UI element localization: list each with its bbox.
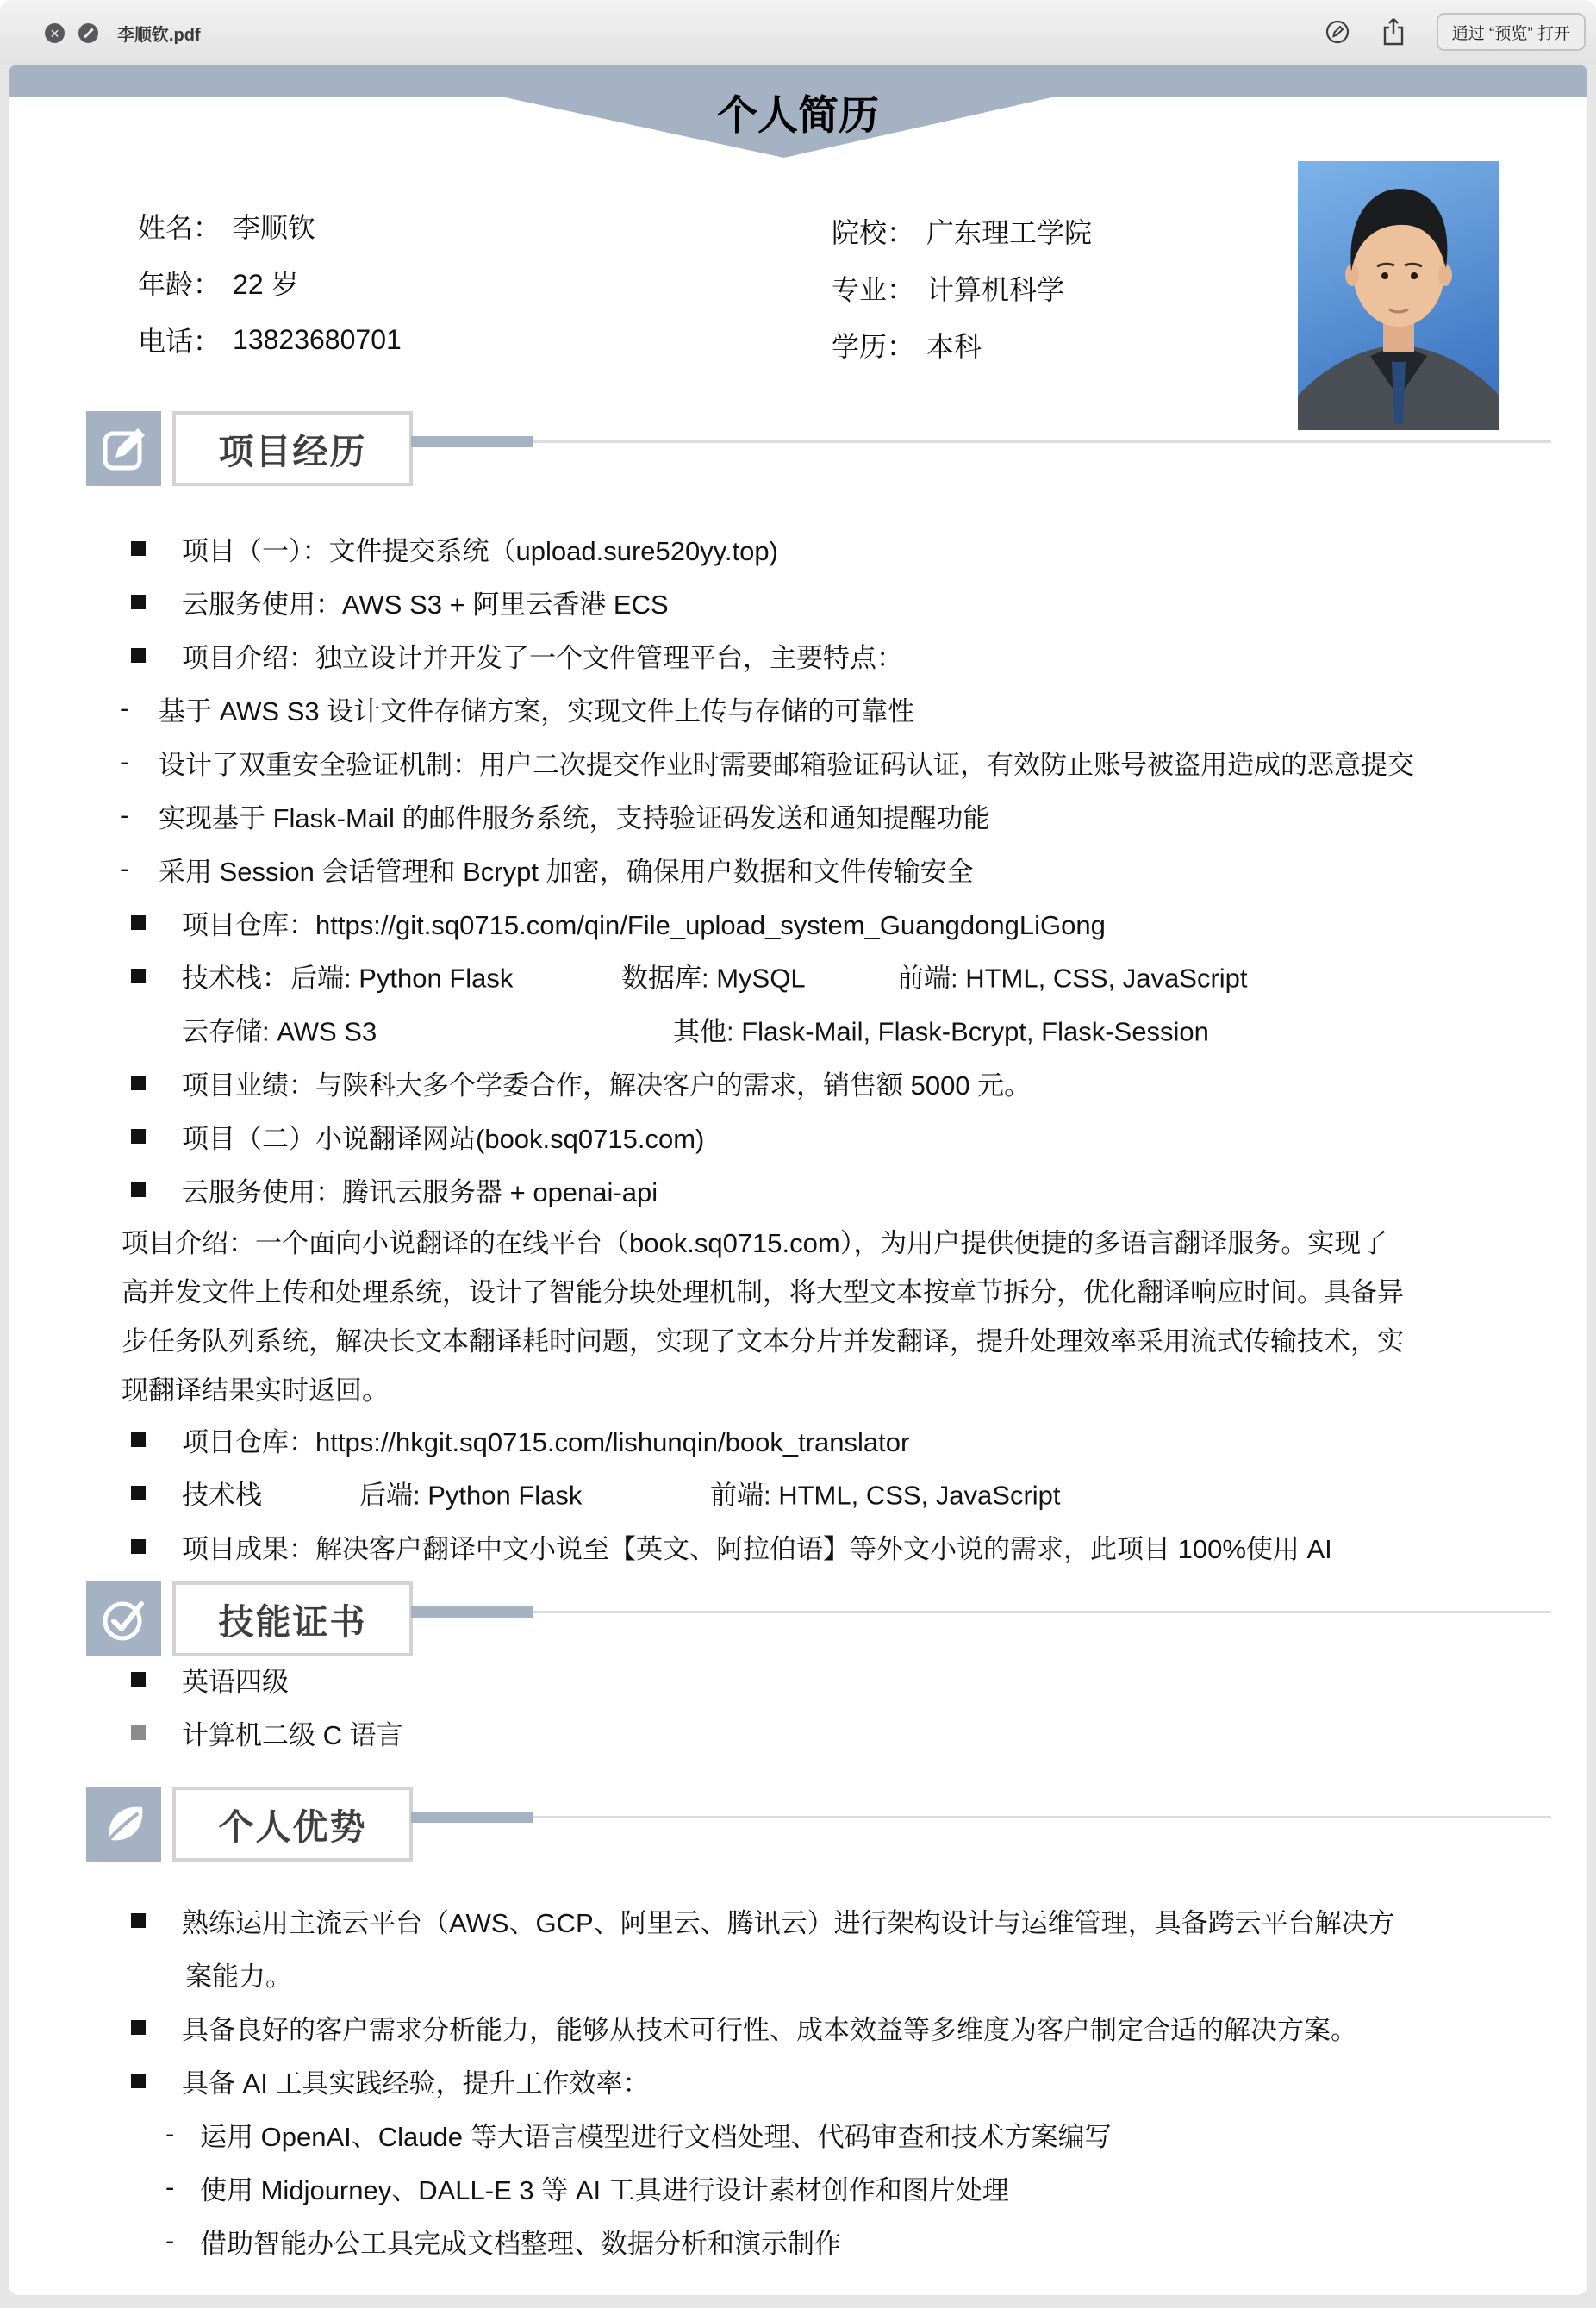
paragraph-line: 步任务队列系统，解决长文本翻译耗时问题，实现了文本分片并发翻译，提升处理效率采用…: [9, 1314, 1587, 1363]
bullet-square: [131, 1432, 146, 1447]
list-item: 项目仓库：https://hkgit.sq0715.com/lishunqin/…: [9, 1413, 1587, 1466]
section-header-certs: 技能证书: [9, 1581, 1587, 1656]
titlebar: ✕ 李顺钦.pdf 通过 “预览” 打开: [0, 0, 1596, 65]
field-value: 李顺钦: [233, 206, 315, 246]
section-title-box: 个人优势: [172, 1787, 413, 1862]
list-item: 熟练运用主流云平台（AWS、GCP、阿里云、腾讯云）进行架构设计与运维管理，具备…: [9, 1893, 1587, 1947]
field-value: 计算机科学: [926, 268, 1064, 308]
certs-content: 英语四级 计算机二级 C 语言: [9, 1652, 1587, 1759]
bullet-square: [131, 2074, 146, 2088]
divider-thin: [533, 1611, 1551, 1613]
tech-stack-row: 技术栈 后端: Python Flask 前端: HTML, CSS, Java…: [9, 1466, 1587, 1519]
field-label: 院校：: [832, 211, 914, 251]
bullet-square: [131, 648, 146, 663]
dash-marker: -: [165, 2118, 200, 2149]
list-item: 项目（二）小说翻译网站(book.sq0715.com): [9, 1109, 1587, 1163]
field-value: 广东理工学院: [926, 211, 1092, 251]
dash-marker: -: [120, 746, 159, 777]
divider-accent: [411, 1606, 533, 1618]
section-header-projects: 项目经历: [9, 411, 1587, 486]
paragraph-line: 现翻译结果实时返回。: [9, 1363, 1587, 1413]
list-item-dash: -使用 Midjourney、DALL-E 3 等 AI 工具进行设计素材创作和…: [9, 2161, 1587, 2214]
list-item-dash: -借助智能办公工具完成文档整理、数据分析和演示制作: [9, 2214, 1587, 2267]
list-item-dash: -设计了双重安全验证机制：用户二次提交作业时需要邮箱验证码认证，有效防止账号被盗…: [9, 735, 1587, 789]
profile-field: 年龄：22 岁: [138, 254, 402, 311]
open-with-preview-button[interactable]: 通过 “预览” 打开: [1437, 13, 1586, 51]
dash-marker: -: [120, 693, 159, 724]
list-item: 云服务使用：腾讯云服务器 + openai-api: [9, 1163, 1587, 1216]
dash-marker: -: [120, 853, 159, 884]
field-label: 电话：: [138, 320, 221, 359]
resume-title: 个人简历: [9, 84, 1587, 141]
bullet-square-gray: [131, 1725, 146, 1740]
bullet-square: [131, 1913, 146, 1928]
id-photo: [1298, 161, 1499, 430]
list-item: 项目业绩：与陕科大多个学委合作，解决客户的需求，销售额 5000 元。: [9, 1056, 1587, 1109]
profile-field: 院校：广东理工学院: [832, 203, 1092, 259]
leaf-icon: [86, 1787, 161, 1862]
list-item: 项目介绍：独立设计并开发了一个文件管理平台，主要特点：: [9, 628, 1587, 682]
divider-thin: [533, 440, 1551, 443]
list-item: 计算机二级 C 语言: [9, 1706, 1587, 1759]
pdf-page: 个人简历 姓名：李顺钦 年龄：22 岁 电话：13823680701 院校：广东…: [9, 65, 1587, 2295]
list-item-dash: -运用 OpenAI、Claude 等大语言模型进行文档处理、代码审查和技术方案…: [9, 2107, 1587, 2161]
close-button[interactable]: ✕: [45, 23, 65, 43]
list-item: 具备 AI 工具实践经验，提升工作效率：: [9, 2054, 1587, 2107]
dash-marker: -: [120, 800, 159, 831]
dash-marker: -: [165, 2225, 200, 2256]
field-label: 姓名：: [138, 206, 221, 246]
paragraph-line: 项目介绍：一个面向小说翻译的在线平台（book.sq0715.com），为用户提…: [9, 1216, 1587, 1265]
bullet-square: [131, 1182, 146, 1197]
divider-thin: [533, 1816, 1551, 1818]
bullet-square: [131, 1076, 146, 1090]
bullet-square: [131, 541, 146, 556]
profile-field: 学历：本科: [832, 316, 1092, 373]
bullet-square: [131, 969, 146, 983]
bullet-square: [131, 1672, 146, 1687]
section-title-box: 技能证书: [172, 1581, 413, 1656]
list-item-dash: -采用 Session 会话管理和 Bcrypt 加密，确保用户数据和文件传输安…: [9, 842, 1587, 895]
tech-stack-row: 云存储: AWS S3 其他: Flask-Mail, Flask-Bcrypt…: [9, 1002, 1587, 1056]
share-icon[interactable]: [1381, 17, 1406, 47]
list-item: 云服务使用：AWS S3 + 阿里云香港 ECS: [9, 575, 1587, 628]
field-label: 年龄：: [138, 263, 221, 303]
tech-stack-row: 技术栈： 后端: Python Flask 数据库: MySQL 前端: HTM…: [9, 949, 1587, 1002]
field-label: 专业：: [832, 268, 914, 308]
bullet-square: [131, 1539, 146, 1554]
preview-window: ✕ 李顺钦.pdf 通过 “预览” 打开 个人简历 姓名：李顺钦: [0, 0, 1596, 2308]
profile-field: 电话：13823680701: [138, 311, 402, 368]
projects-content: 项目（一）：文件提交系统（upload.sure520yy.top) 云服务使用…: [9, 521, 1587, 1573]
bullet-square: [131, 915, 146, 930]
list-item: 英语四级: [9, 1652, 1587, 1706]
dash-marker: -: [165, 2172, 200, 2203]
field-label: 学历：: [832, 325, 914, 365]
edit-pencil-icon: [86, 411, 161, 486]
divider-accent: [411, 436, 533, 447]
profile-field: 姓名：李顺钦: [138, 197, 402, 254]
list-item: 项目仓库：https://git.sq0715.com/qin/File_upl…: [9, 895, 1587, 949]
markup-icon[interactable]: [1325, 19, 1350, 45]
bullet-square: [131, 595, 146, 609]
list-item: 项目成果：解决客户翻译中文小说至【英文、阿拉伯语】等外文小说的需求，此项目 10…: [9, 1519, 1587, 1573]
bullet-square: [131, 1486, 146, 1500]
list-item: 项目（一）：文件提交系统（upload.sure520yy.top): [9, 521, 1587, 575]
field-value: 本科: [926, 325, 982, 365]
bullet-square: [131, 2020, 146, 2035]
profile-field: 专业：计算机科学: [832, 259, 1092, 316]
section-title-box: 项目经历: [172, 411, 413, 486]
check-circle-icon: [86, 1581, 161, 1656]
section-header-strengths: 个人优势: [9, 1787, 1587, 1862]
list-item-continuation: 案能力。: [9, 1947, 1587, 2000]
field-value: 22 岁: [233, 263, 299, 303]
strengths-content: 熟练运用主流云平台（AWS、GCP、阿里云、腾讯云）进行架构设计与运维管理，具备…: [9, 1893, 1587, 2267]
field-value: 13823680701: [233, 324, 402, 356]
paragraph-line: 高并发文件上传和处理系统，设计了智能分块处理机制，将大型文本按章节拆分，优化翻译…: [9, 1265, 1587, 1314]
document-proxy-icon: [78, 23, 98, 43]
window-title: 李顺钦.pdf: [117, 21, 201, 46]
list-item-dash: -基于 AWS S3 设计文件存储方案，实现文件上传与存储的可靠性: [9, 682, 1587, 735]
list-item-dash: -实现基于 Flask-Mail 的邮件服务系统，支持验证码发送和通知提醒功能: [9, 789, 1587, 842]
divider-accent: [411, 1812, 533, 1823]
bullet-square: [131, 1129, 146, 1144]
list-item: 具备良好的客户需求分析能力，能够从技术可行性、成本效益等多维度为客户制定合适的解…: [9, 2000, 1587, 2054]
